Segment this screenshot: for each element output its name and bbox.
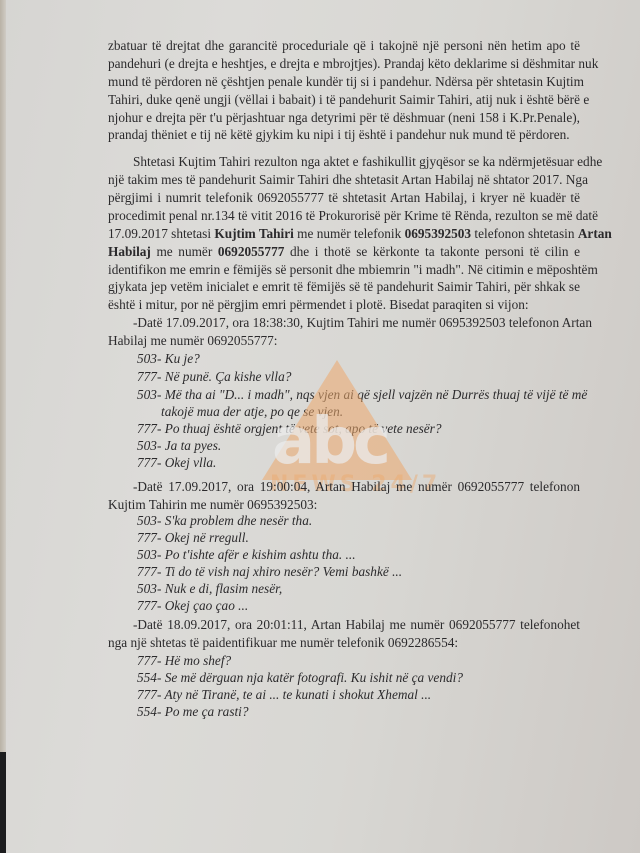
- call-header: nga një shtetas të paidentifikuar me num…: [108, 634, 580, 651]
- dialogue-line: 554- Po me ça rasti?: [137, 703, 249, 720]
- call-header: -Datë 18.09.2017, ora 20:01:11, Artan Ha…: [133, 616, 580, 633]
- dialogue-line: 777- Aty në Tiranë, te ai ... te kunati …: [137, 686, 431, 703]
- dialogue-line: 777- Hë mo shef?: [137, 652, 231, 669]
- document-page-lower: -Datë 18.09.2017, ora 20:01:11, Artan Ha…: [0, 0, 640, 853]
- dialogue-line: 554- Se më dërguan nja katër fotografi. …: [137, 669, 463, 686]
